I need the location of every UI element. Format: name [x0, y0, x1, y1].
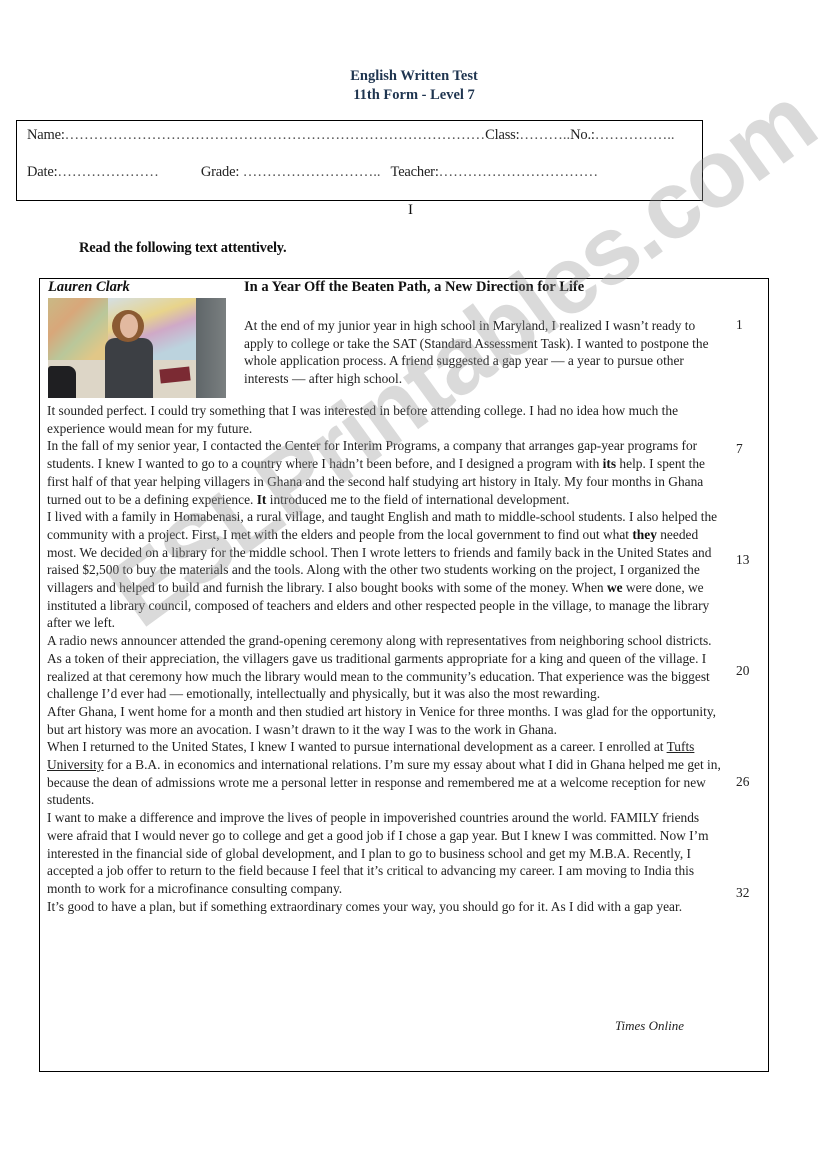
paragraph-7: I want to make a difference and improve …: [47, 809, 723, 898]
paragraph-text: When I returned to the United States, I …: [47, 739, 667, 754]
photo-panel: [196, 298, 226, 398]
paragraph-text: for a B.A. in economics and internationa…: [47, 757, 721, 807]
paragraph-text: introduced me to the field of internatio…: [266, 492, 569, 507]
class-field[interactable]: ………..: [519, 127, 570, 143]
line-number: 32: [736, 885, 749, 901]
paragraph-5: After Ghana, I went home for a month and…: [47, 703, 723, 738]
grade-label: Grade:: [201, 164, 239, 180]
photo-chair: [48, 366, 76, 398]
author-name: Lauren Clark: [48, 279, 130, 296]
instruction: Read the following text attentively.: [79, 240, 286, 257]
info-row-name: Name:……………………………………………………………………………Class:…: [27, 127, 674, 144]
paragraph-3: I lived with a family in Homabenasi, a r…: [47, 508, 723, 632]
article-body: It sounded perfect. I could try somethin…: [47, 402, 723, 915]
paragraph-8: It’s good to have a plan, but if somethi…: [47, 898, 723, 916]
line-number: 26: [736, 774, 749, 790]
section-numeral: I: [408, 202, 413, 219]
line-number: 7: [736, 441, 743, 457]
paragraph-text: I lived with a family in Homabenasi, a r…: [47, 509, 717, 542]
line-number: 1: [736, 317, 743, 333]
line-number: 13: [736, 552, 749, 568]
reference-word-its: its: [603, 456, 616, 471]
paragraph-4: A radio news announcer attended the gran…: [47, 632, 723, 703]
paragraph-intro: At the end of my junior year in high sch…: [244, 317, 724, 388]
article-box: Lauren Clark In a Year Off the Beaten Pa…: [39, 278, 769, 1072]
student-info-box: Name:……………………………………………………………………………Class:…: [16, 120, 703, 201]
date-label: Date:: [27, 164, 57, 180]
paragraph-6: When I returned to the United States, I …: [47, 738, 723, 809]
grade-field[interactable]: ………………………..: [239, 164, 380, 180]
author-photo: [48, 298, 226, 398]
article-headline: In a Year Off the Beaten Path, a New Dir…: [244, 279, 584, 296]
paragraph-text: In the fall of my senior year, I contact…: [47, 438, 697, 471]
name-label: Name:: [27, 127, 65, 143]
article-intro: At the end of my junior year in high sch…: [244, 317, 724, 388]
name-field[interactable]: ……………………………………………………………………………: [65, 127, 486, 143]
number-field[interactable]: ……………..: [595, 127, 675, 143]
photo-person-body: [105, 338, 153, 398]
paragraph-1: It sounded perfect. I could try somethin…: [47, 402, 723, 437]
number-label: No.:: [570, 127, 595, 143]
paragraph-2: In the fall of my senior year, I contact…: [47, 437, 723, 508]
teacher-field[interactable]: ……………………………: [439, 164, 599, 180]
test-subtitle: 11th Form - Level 7: [0, 86, 821, 105]
test-title: English Written Test: [0, 67, 821, 86]
line-number: 20: [736, 663, 749, 679]
reference-word-they: they: [632, 527, 657, 542]
teacher-label: Teacher:: [391, 164, 439, 180]
map-image: [48, 298, 108, 368]
info-row-date: Date:…………………Grade: ………………………..Teacher:………: [27, 164, 598, 181]
photo-person-face: [120, 314, 138, 338]
reference-word-it: It: [257, 492, 267, 507]
article-source: Times Online: [615, 1018, 684, 1034]
reference-word-we: we: [607, 580, 623, 595]
date-field[interactable]: …………………: [57, 164, 159, 180]
class-label: Class:: [485, 127, 519, 143]
